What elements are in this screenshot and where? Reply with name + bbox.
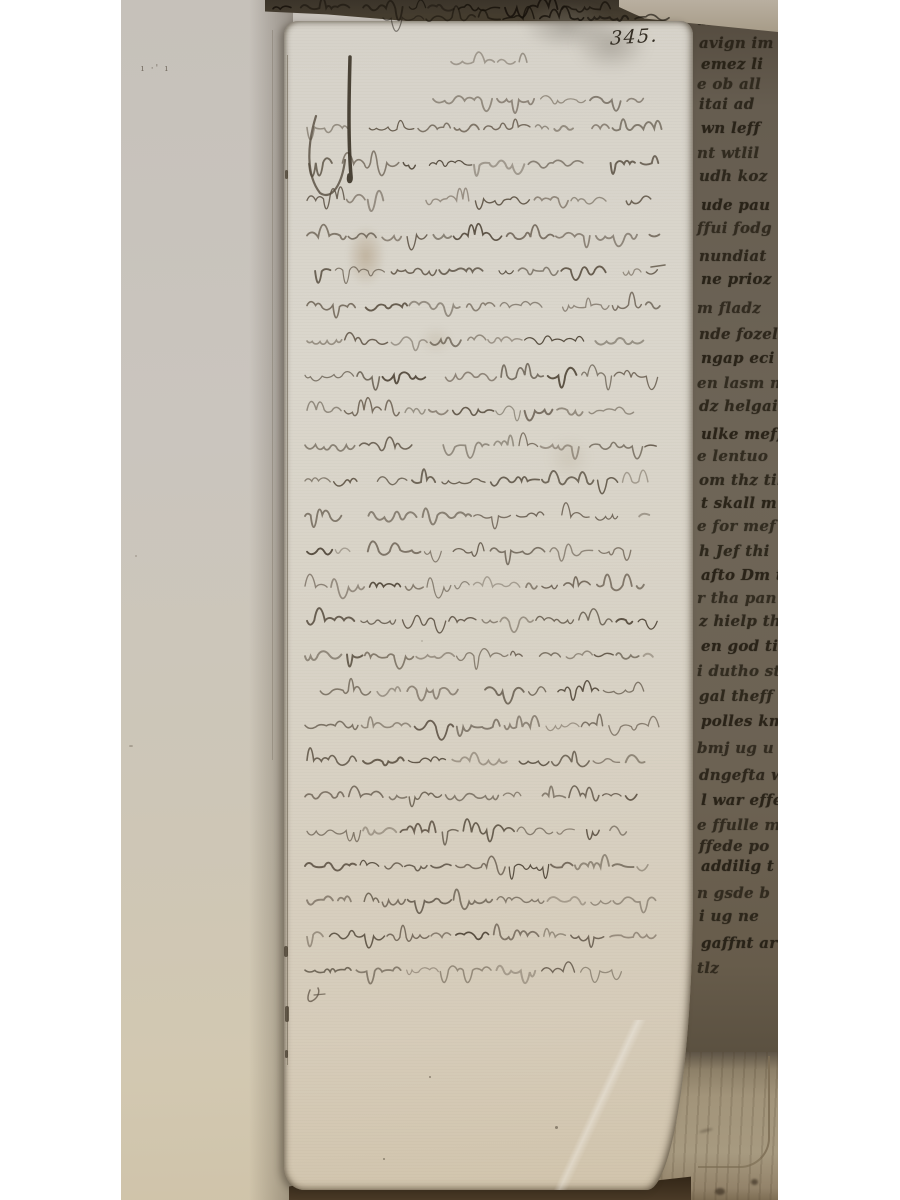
paper-speck <box>421 640 423 642</box>
paper-speck <box>429 1076 431 1078</box>
binding-mark <box>285 1006 289 1022</box>
left-page-speck <box>129 745 133 747</box>
manuscript-photo: ı ·' ı al wn yavign imemez lie ob allita… <box>121 0 778 1200</box>
paper-grain <box>284 21 693 1190</box>
under-page-edge <box>272 30 273 760</box>
binding-mark <box>285 170 288 179</box>
left-page-ink-mark: ı ·' ı <box>141 64 170 74</box>
parchment-spot <box>715 1188 725 1195</box>
main-page <box>284 21 693 1190</box>
paper-speck <box>383 1158 385 1160</box>
paper-speck <box>555 1126 558 1129</box>
binding-mark <box>284 946 288 957</box>
binding-mark <box>285 1050 288 1058</box>
left-page-speck <box>135 555 137 557</box>
page-fold-line <box>287 55 288 1065</box>
page-stack-edge <box>698 1056 770 1168</box>
screenshot-root: { "manuscript": { "page_number": "345.",… <box>0 0 900 1200</box>
page-number: 345. <box>610 24 659 49</box>
